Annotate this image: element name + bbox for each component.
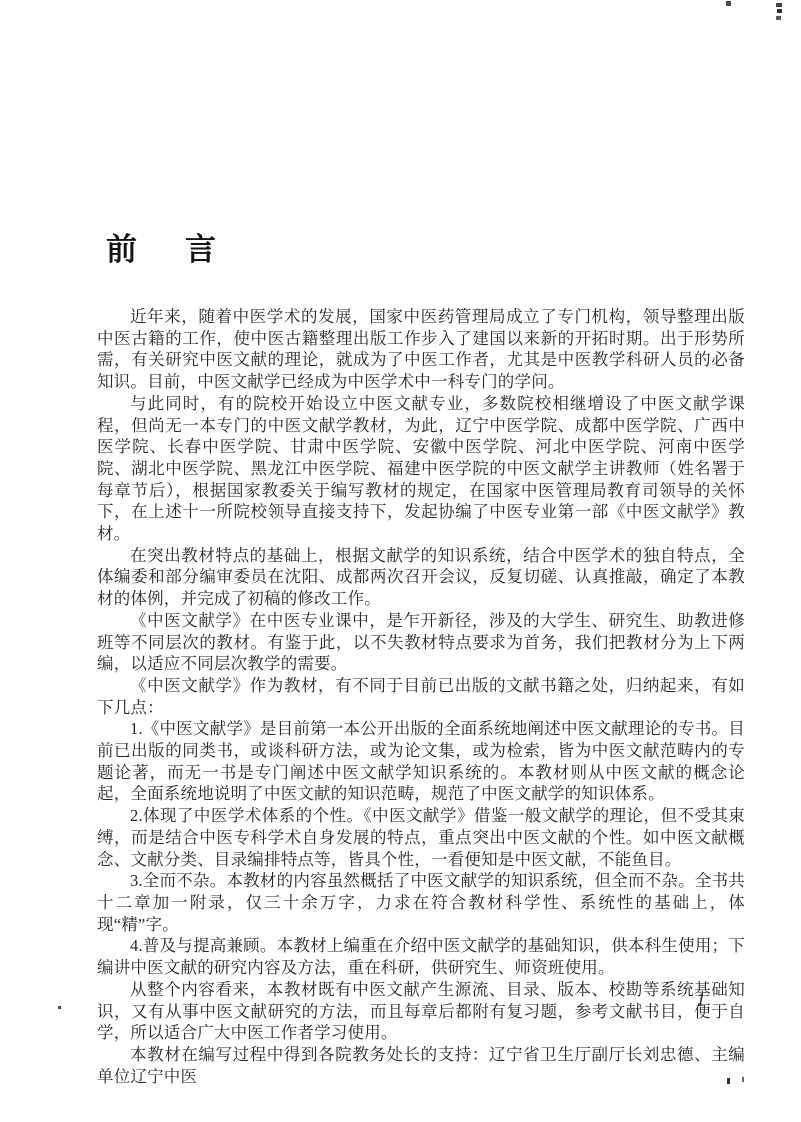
paragraph-list-item-3: 3.全而不杂。本教材的内容虽然概括了中医文献学的知识系统，但全而不杂。全书共十二… xyxy=(97,870,745,935)
scan-speck xyxy=(777,9,782,13)
scan-speck xyxy=(58,1006,61,1009)
paragraph-list-item-1: 1.《中医文献学》是目前第一本公开出版的全面系统地阐述中医文献理论的专书。目前已… xyxy=(97,718,745,805)
scan-speck xyxy=(776,3,782,7)
title-char-yan: 言 xyxy=(185,232,216,267)
paragraph-4: 《中医文献学》在中医专业课中，是乍开新径，涉及的大学生、研究生、助教进修班等不同… xyxy=(97,610,745,675)
scanned-book-page: 前言 近年来，随着中医学术的发展，国家中医药管理局成立了专门机构，领导整理出版中… xyxy=(0,0,801,1122)
paragraph-11: 本教材在编写过程中得到各院教务处长的支持：辽宁省卫生厅副厅长刘忠德、主编单位辽宁… xyxy=(97,1044,745,1087)
paragraph-list-item-2: 2.体现了中医学术体系的个性。《中医文献学》借鉴一般文献学的理论，但不受其束缚，… xyxy=(97,805,745,870)
paragraph-1: 近年来，随着中医学术的发展，国家中医药管理局成立了专门机构，领导整理出版中医古籍… xyxy=(97,306,745,393)
page-title: 前言 xyxy=(106,224,216,269)
page-number: 1 xyxy=(696,990,706,1012)
paragraph-list-item-4: 4.普及与提高兼顾。本教材上编重在介绍中医文献学的基础知识，供本科生使用；下编讲… xyxy=(97,935,745,978)
paragraph-3: 在突出教材特点的基础上，根据文献学的知识系统，结合中医学术的独自特点，全体编委和… xyxy=(97,545,745,610)
scan-speck xyxy=(776,16,781,20)
scan-speck xyxy=(726,1,731,6)
paragraph-2: 与此同时，有的院校开始设立中医文献专业，多数院校相继增设了中医文献学课程，但尚无… xyxy=(97,393,745,545)
title-char-qian: 前 xyxy=(106,232,137,267)
paragraph-10: 从整个内容看来，本教材既有中医文献产生源流、目录、版本、校勘等系统基础知识，又有… xyxy=(97,979,745,1044)
preface-body: 近年来，随着中医学术的发展，国家中医药管理局成立了专门机构，领导整理出版中医古籍… xyxy=(97,306,745,1087)
paragraph-5: 《中医文献学》作为教材，有不同于目前已出版的文献书籍之处，归纳起来，有如下几点： xyxy=(97,675,745,718)
